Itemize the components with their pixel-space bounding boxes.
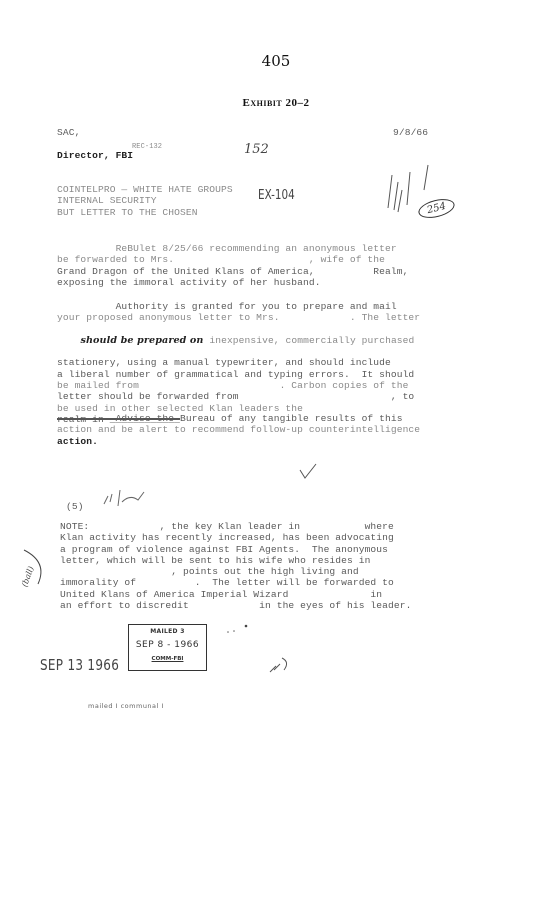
text-line: an effort to discredit in the eyes of hi… <box>60 600 411 611</box>
text-line: a program of violence against FBI Agents… <box>60 544 411 555</box>
subject-block: COINTELPRO — WHITE HATE GROUPS INTERNAL … <box>57 184 233 218</box>
note-paragraph: NOTE: , the key Klan leader in where Kla… <box>60 521 411 611</box>
text-line: be mailed from . Carbon copies of the <box>57 380 420 391</box>
stray-marks <box>222 620 252 640</box>
mailed-stamp: MAILED 3 SEP 8 - 1966 COMM-FBI <box>128 624 207 671</box>
text-line: Klan activity has recently increased, ha… <box>60 532 411 543</box>
handwritten-correction: should be prepared on <box>80 335 203 346</box>
memo-to: Director, FBI <box>57 150 133 161</box>
checkmark-mark <box>298 462 318 480</box>
text-line: your proposed anonymous letter to Mrs. .… <box>57 312 420 323</box>
copies-count: (5) <box>66 501 84 512</box>
handwritten-initials-lower <box>100 484 150 510</box>
paragraph-advise: Advise the Bureau of any tangible result… <box>57 413 420 447</box>
paragraph-rebulet: ReBUlet 8/25/66 recommending an anonymou… <box>57 243 408 288</box>
stamp-line: MAILED 3 <box>129 628 206 635</box>
subject-line: COINTELPRO — WHITE HATE GROUPS <box>57 184 233 195</box>
exhibit-title: Exhibit 20–2 <box>0 97 552 109</box>
routing-footer: mailed I communal I <box>88 702 164 710</box>
handwritten-number: 152 <box>244 142 269 157</box>
text-line: United Klans of America Imperial Wizard … <box>60 589 411 600</box>
subject-line: BUT LETTER TO THE CHOSEN <box>57 207 233 218</box>
stamp-date: SEP 8 - 1966 <box>129 640 206 650</box>
text-line: stationery, using a manual typewriter, a… <box>57 357 420 368</box>
paragraph-authority: Authority is granted for you to prepare … <box>57 301 420 425</box>
text-line: Advise the Bureau of any tangible result… <box>57 413 420 424</box>
ex-104-stamp: EX-104 <box>258 188 295 203</box>
text-line: action. <box>57 436 420 447</box>
page-number: 405 <box>0 52 552 70</box>
text-line: be forwarded to Mrs. , wife of the <box>57 254 408 265</box>
text-line: immorality of . The letter will be forwa… <box>60 577 411 588</box>
text-line: ReBUlet 8/25/66 recommending an anonymou… <box>57 243 408 254</box>
subject-line: INTERNAL SECURITY <box>57 195 233 206</box>
text-line: NOTE: , the key Klan leader in where <box>60 521 411 532</box>
text-line: letter should be forwarded from , to <box>57 391 420 402</box>
handwritten-scribble <box>268 654 294 676</box>
text-line: action and be alert to recommend follow-… <box>57 424 420 435</box>
text-line: Authority is granted for you to prepare … <box>57 301 420 312</box>
memo-date: 9/8/66 <box>393 127 428 138</box>
text-line: Grand Dragon of the United Klans of Amer… <box>57 266 408 277</box>
text-line: , points out the high living and <box>60 566 411 577</box>
text-line: letter, which will be sent to his wife w… <box>60 555 411 566</box>
received-stamp: REC-132 <box>132 142 162 153</box>
text-line: inexpensive, commercially purchased <box>204 335 415 346</box>
text-line: exposing the immoral activity of her hus… <box>57 277 408 288</box>
stamp-line: COMM-FBI <box>129 656 206 662</box>
memo-from: SAC, <box>57 127 80 138</box>
text-line: a liberal number of grammatical and typi… <box>57 369 420 380</box>
received-date-stamp: SEP 13 1966 <box>40 656 119 674</box>
